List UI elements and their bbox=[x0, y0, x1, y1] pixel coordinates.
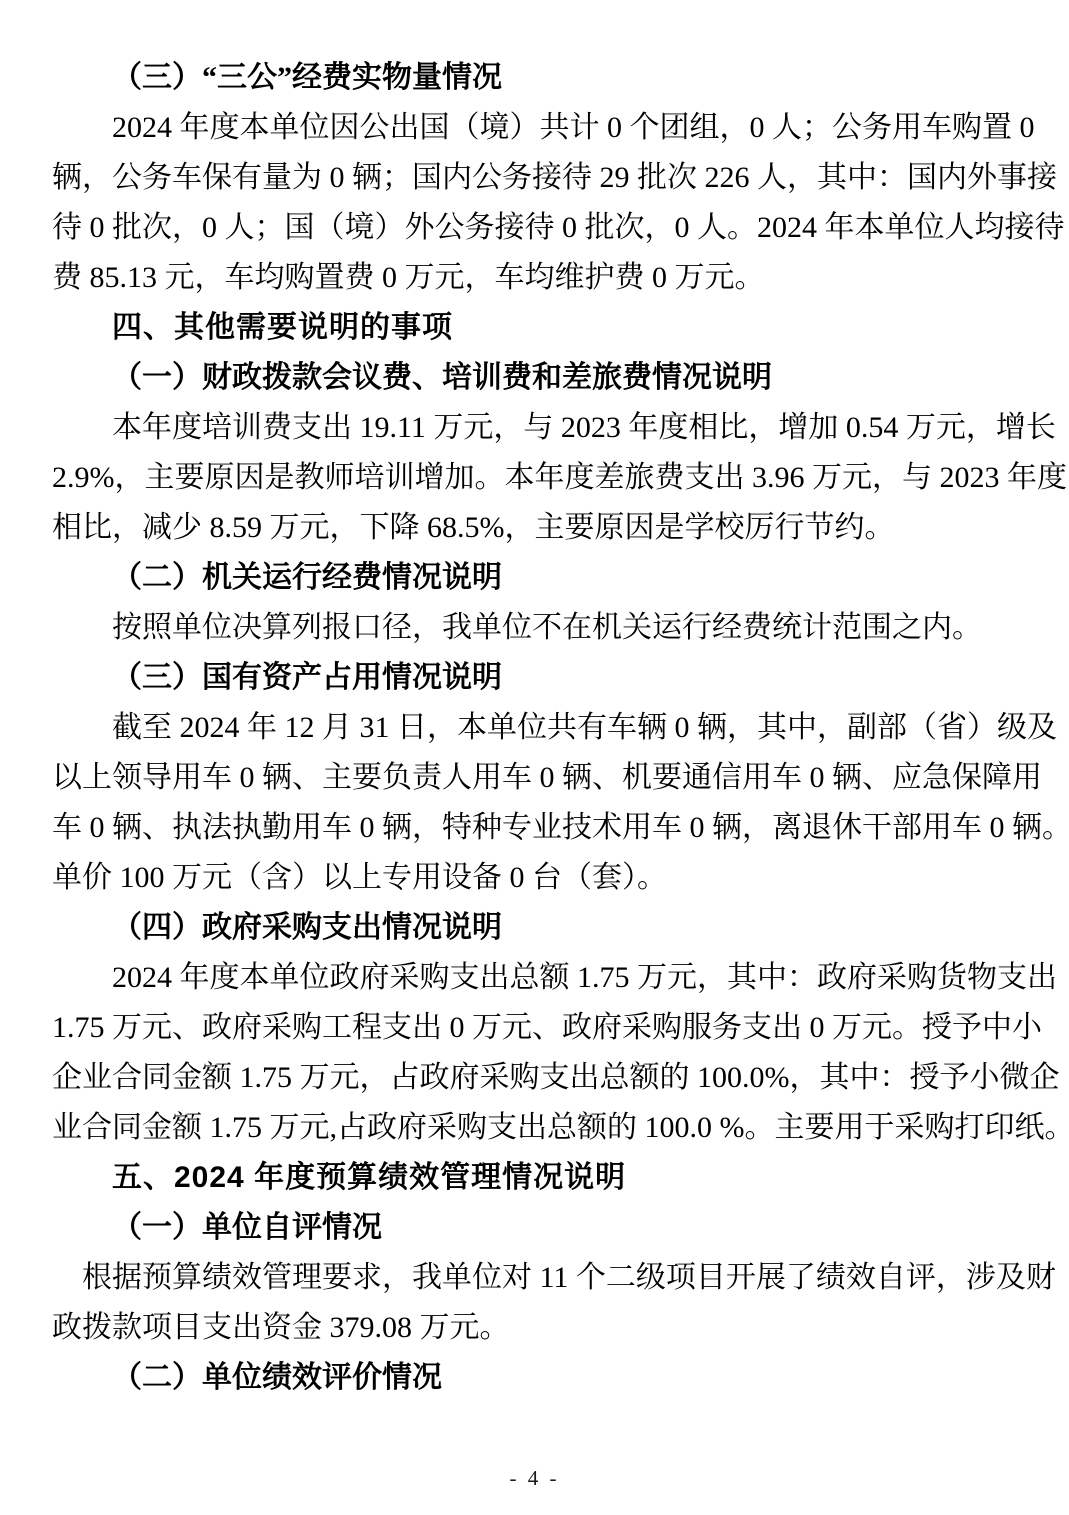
heading-performance-evaluation: （二）单位绩效评价情况 bbox=[52, 1353, 1030, 1403]
paragraph-line: 截至 2024 年 12 月 31 日，本单位共有车辆 0 辆，其中，副部（省）… bbox=[52, 703, 1030, 753]
paragraph-line: 本年度培训费支出 19.11 万元，与 2023 年度相比，增加 0.54 万元… bbox=[52, 403, 1030, 453]
paragraph-line: 费 85.13 元，车均购置费 0 万元，车均维护费 0 万元。 bbox=[52, 253, 1030, 303]
heading-agency-operating-expense: （二）机关运行经费情况说明 bbox=[52, 553, 1030, 603]
paragraph-line: 相比，减少 8.59 万元，下降 68.5%，主要原因是学校厉行节约。 bbox=[52, 503, 1030, 553]
paragraph-line: 单价 100 万元（含）以上专用设备 0 台（套）。 bbox=[52, 853, 1030, 903]
heading-other-matters: 四、其他需要说明的事项 bbox=[52, 303, 1030, 353]
paragraph-line: 企业合同金额 1.75 万元，占政府采购支出总额的 100.0%，其中：授予小微… bbox=[52, 1053, 1030, 1103]
paragraph-line: 2.9%，主要原因是教师培训增加。本年度差旅费支出 3.96 万元，与 2023… bbox=[52, 453, 1030, 503]
heading-meeting-training-travel: （一）财政拨款会议费、培训费和差旅费情况说明 bbox=[52, 353, 1030, 403]
paragraph-line: 以上领导用车 0 辆、主要负责人用车 0 辆、机要通信用车 0 辆、应急保障用 bbox=[52, 753, 1030, 803]
paragraph-line: 1.75 万元、政府采购工程支出 0 万元、政府采购服务支出 0 万元。授予中小 bbox=[52, 1003, 1030, 1053]
document-page: （三）“三公”经费实物量情况 2024 年度本单位因公出国（境）共计 0 个团组… bbox=[0, 0, 1069, 1515]
paragraph-line: 政拨款项目支出资金 379.08 万元。 bbox=[52, 1303, 1030, 1353]
paragraph-line: 根据预算绩效管理要求，我单位对 11 个二级项目开展了绩效自评，涉及财 bbox=[52, 1253, 1030, 1303]
paragraph-line: 2024 年度本单位因公出国（境）共计 0 个团组，0 人；公务用车购置 0 bbox=[52, 103, 1030, 153]
paragraph-line: 待 0 批次，0 人；国（境）外公务接待 0 批次，0 人。2024 年本单位人… bbox=[52, 203, 1030, 253]
heading-state-assets: （三）国有资产占用情况说明 bbox=[52, 653, 1030, 703]
heading-self-evaluation: （一）单位自评情况 bbox=[52, 1203, 1030, 1253]
page-content: （三）“三公”经费实物量情况 2024 年度本单位因公出国（境）共计 0 个团组… bbox=[52, 53, 1030, 1403]
paragraph-line: 辆，公务车保有量为 0 辆；国内公务接待 29 批次 226 人，其中：国内外事… bbox=[52, 153, 1030, 203]
paragraph-line: 2024 年度本单位政府采购支出总额 1.75 万元，其中：政府采购货物支出 bbox=[52, 953, 1030, 1003]
heading-gov-procurement: （四）政府采购支出情况说明 bbox=[52, 903, 1030, 953]
page-number: - 4 - bbox=[0, 1457, 1069, 1499]
heading-budget-performance: 五、2024 年度预算绩效管理情况说明 bbox=[52, 1153, 1030, 1203]
paragraph-line: 车 0 辆、执法执勤用车 0 辆，特种专业技术用车 0 辆，离退休干部用车 0 … bbox=[52, 803, 1030, 853]
heading-sangong-physical: （三）“三公”经费实物量情况 bbox=[52, 53, 1030, 103]
paragraph-line: 业合同金额 1.75 万元,占政府采购支出总额的 100.0 %。主要用于采购打… bbox=[52, 1103, 1030, 1153]
paragraph-line: 按照单位决算列报口径，我单位不在机关运行经费统计范围之内。 bbox=[52, 603, 1030, 653]
